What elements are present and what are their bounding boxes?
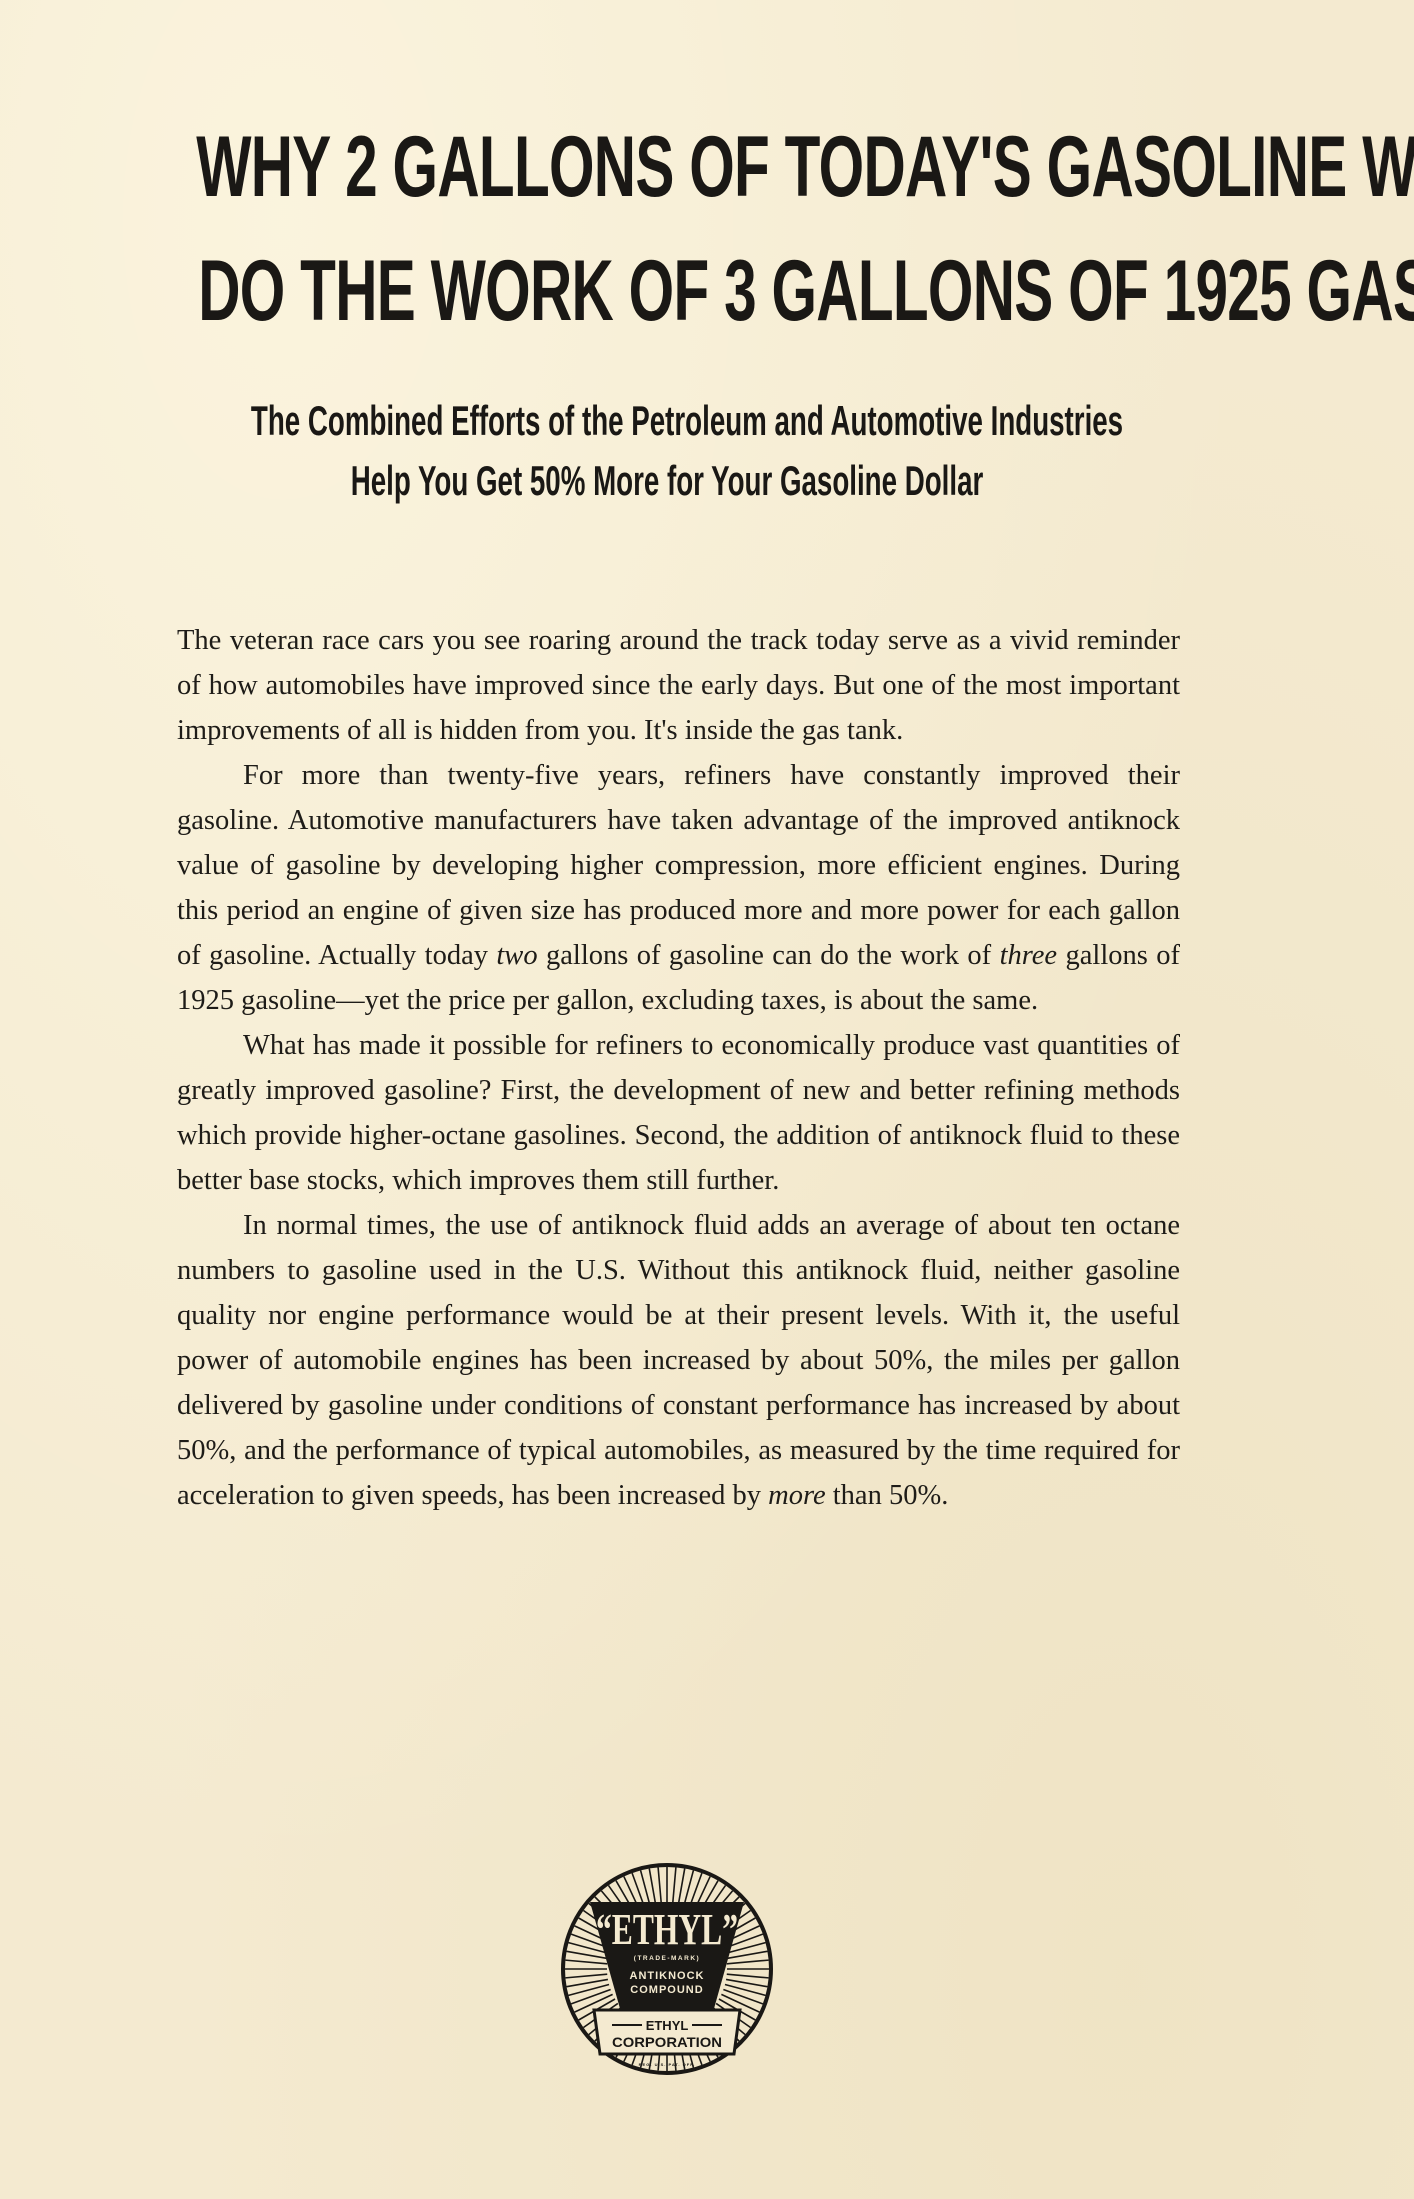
paragraph-3: What has made it possible for refiners t…: [177, 1023, 1180, 1203]
paragraph-2: For more than twenty-five years, refiner…: [177, 753, 1180, 1023]
logo-product-line-2: COMPOUND: [630, 1984, 703, 1996]
logo-trademark: (TRADE-MARK): [634, 1955, 700, 1962]
paragraph-2-emphasis-three: three: [1000, 940, 1058, 971]
subheadline-line-2: Help You Get 50% More for Your Gasoline …: [200, 460, 1133, 502]
paragraph-4: In normal times, the use of antiknock fl…: [177, 1203, 1180, 1518]
paragraph-2-text-b: gallons of gasoline can do the work of: [538, 940, 1000, 971]
logo-product-line-1: ANTIKNOCK: [630, 1970, 705, 1982]
body-copy: The veteran race cars you see roaring ar…: [177, 618, 1180, 1518]
logo-company-line-2: CORPORATION: [612, 2034, 722, 2050]
paragraph-1: The veteran race cars you see roaring ar…: [177, 618, 1180, 753]
subheadline-line-1: The Combined Efforts of the Petroleum an…: [220, 400, 1153, 442]
headline-line-2: DO THE WORK OF 3 GALLONS OF 1925 GASOLIN…: [198, 248, 1160, 334]
ethyl-emblem-icon: “ETHYL” (TRADE-MARK) ANTIKNOCK COMPOUND …: [556, 1862, 778, 2076]
logo-brand: “ETHYL”: [596, 1905, 738, 1954]
paragraph-2-emphasis-two: two: [496, 940, 537, 971]
paragraph-4-text-b: than 50%.: [826, 1480, 949, 1511]
advertisement-page: WHY 2 GALLONS OF TODAY'S GASOLINE WILL D…: [0, 0, 1414, 2199]
headline-line-1: WHY 2 GALLONS OF TODAY'S GASOLINE WILL: [196, 124, 1158, 210]
paragraph-4-text-a: In normal times, the use of antiknock fl…: [177, 1210, 1180, 1511]
logo-company-line-1: ETHYL: [646, 2018, 689, 2033]
paragraph-4-emphasis-more: more: [768, 1480, 826, 1511]
logo-registration: REG. U.S. PAT. OFF.: [639, 2062, 696, 2067]
